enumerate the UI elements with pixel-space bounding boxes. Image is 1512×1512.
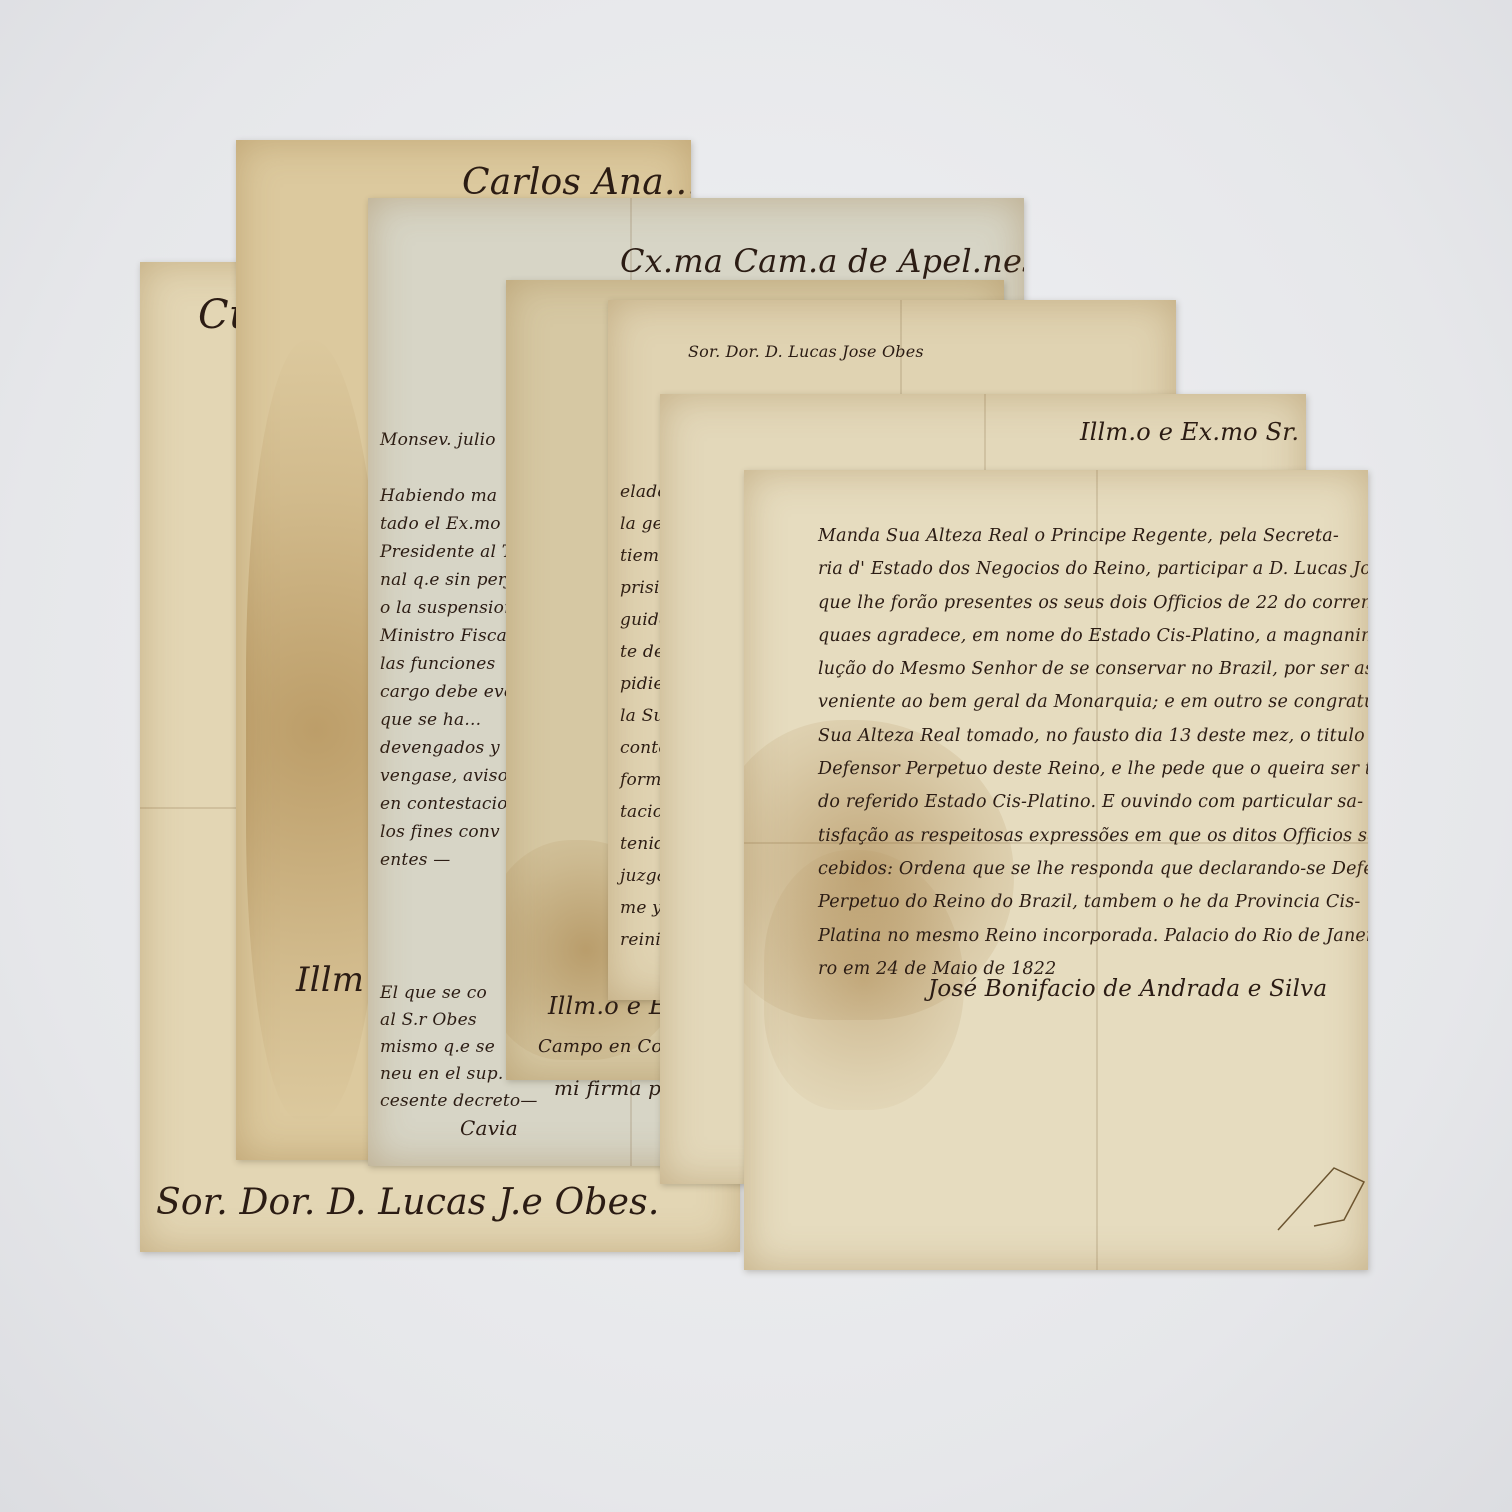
header-text: Cx.ma Cam.a de Apel.nes: [620, 242, 1024, 280]
greeting-text: Illm.o e Ex.mo Sr.: [1080, 418, 1299, 446]
document-front: Manda Sua Alteza Real o Principe Regente…: [744, 470, 1368, 1270]
folded-corner-icon: [1274, 1160, 1368, 1240]
body-text: Monsev. julio Habiendo ma tado el Ex.mo …: [380, 426, 519, 874]
address-text: Sor. Dor. D. Lucas Jose Obes: [688, 342, 924, 361]
header-text: Carlos Ana...: [462, 162, 691, 203]
water-stain: [246, 340, 386, 1120]
signature: Cavia: [460, 1116, 518, 1140]
address-text: Sor. Dor. D. Lucas J.e Obes.: [156, 1182, 659, 1223]
signature: José Bonifacio de Andrada e Silva: [928, 976, 1327, 1002]
letter-body: Manda Sua Alteza Real o Principe Regente…: [818, 520, 1368, 986]
signature-fragment: Illm: [296, 960, 364, 1000]
